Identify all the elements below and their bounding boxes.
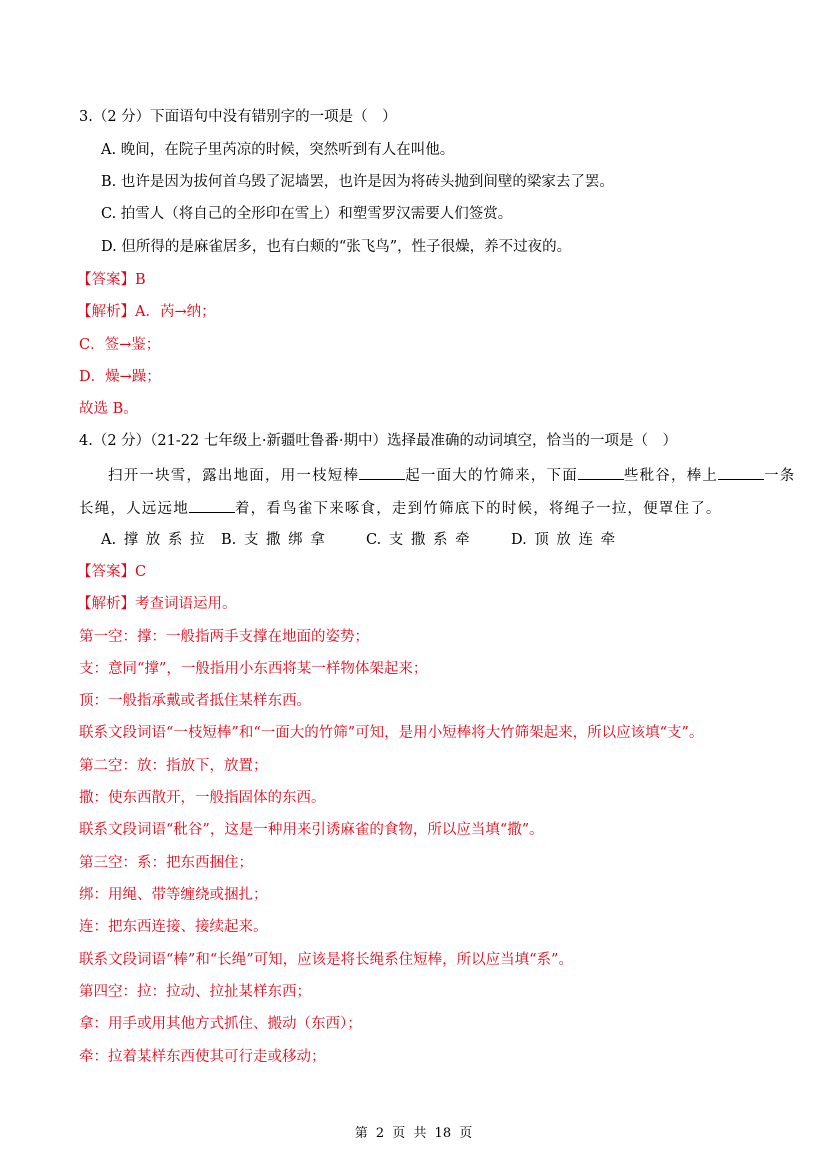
passage-text: 长绳，人远远地 — [79, 501, 189, 517]
question-4-analysis-line: 支：意同“撑”，一般指用小东西将某一样物体架起来； — [79, 659, 427, 679]
question-3-option-a: A. 晚间，在院子里芮凉的时候，突然听到有人在叫他。 — [101, 140, 454, 160]
option-text: 顶 放 连 牵 — [534, 530, 615, 550]
question-4-analysis-line: 第二空：放：指放下，放置； — [79, 756, 268, 776]
option-text: 支 撒 绑 拿 — [244, 530, 325, 550]
option-text: 拍雪人（将自己的全形印在雪上）和塑雪罗汉需要人们签赏。 — [121, 206, 513, 222]
question-4-options: A. 撑 放 系 拉 B. 支 撒 绑 拿 C. 支 撒 系 牵 D. 顶 放 … — [101, 530, 615, 550]
question-4-answer: 【答案】C — [77, 562, 146, 582]
question-3-option-d: D. 但所得的是麻雀居多，也有白颊的“张飞鸟”，性子很燥，养不过夜的。 — [101, 237, 571, 257]
fill-blank-2 — [578, 465, 624, 480]
question-4-passage-line-2: 长绳，人远远地着，看鸟雀下来啄食，走到竹筛底下的时候，将绳子一拉，便罩住了。 — [79, 498, 722, 519]
option-label: D. — [511, 530, 527, 550]
option-label: A. — [101, 530, 116, 550]
option-text: 撑 放 系 拉 — [124, 530, 205, 550]
question-3-analysis-line: 【解析】A．芮→纳； — [77, 302, 216, 322]
question-4-option-d: D. 顶 放 连 牵 — [511, 530, 615, 550]
option-text: 也许是因为拔何首乌毁了泥墙罢，也许是因为将砖头抛到间壁的梁家去了罢。 — [121, 174, 614, 190]
page-indicator: 第 2 页 共 18 页 — [0, 1122, 827, 1141]
option-label: A. — [101, 142, 116, 158]
question-3-answer: 【答案】B — [77, 270, 146, 290]
passage-text: 一条 — [764, 468, 795, 484]
option-label: B. — [221, 530, 236, 550]
question-4-analysis-line: 第一空：撑：一般指两手支撑在地面的姿势； — [79, 627, 369, 647]
question-4-analysis-line: 拿：用手或用其他方式抓住、搬动（东西）； — [79, 1014, 362, 1034]
document-page: 3.（2 分）下面语句中没有错别字的一项是（ ） A. 晚间，在院子里芮凉的时候… — [0, 0, 827, 1169]
question-4-analysis-line: 第三空：系：把东西捆住； — [79, 853, 253, 873]
question-4-analysis-line: 撒：使东西散开，一般指固体的东西。 — [79, 788, 326, 808]
option-label: B. — [101, 174, 116, 190]
option-label: C. — [101, 206, 116, 222]
question-3-analysis-line: 故选 B。 — [79, 399, 138, 419]
question-4-option-b: B. 支 撒 绑 拿 — [221, 530, 366, 550]
passage-text: 起一面大的竹筛来，下面 — [405, 468, 578, 484]
option-text: 支 撒 系 牵 — [389, 530, 470, 550]
question-4-option-c: C. 支 撒 系 牵 — [366, 530, 511, 550]
passage-text: 些秕谷，棒上 — [624, 468, 718, 484]
question-4-option-a: A. 撑 放 系 拉 — [101, 530, 221, 550]
question-4-analysis-line: 联系文段词语“棒”和“长绳”可知，应该是将长绳系住短棒，所以应当填“系”。 — [79, 950, 573, 970]
passage-text: 扫开一块雪，露出地面，用一枝短棒 — [108, 468, 359, 484]
question-4-analysis-line: 【解析】考查词语运用。 — [77, 594, 237, 614]
question-4-stem: 4.（2 分）（21-22 七年级上·新疆吐鲁番·期中）选择最准确的动词填空，恰… — [79, 431, 677, 451]
question-4-analysis-line: 顶：一般指承戴或者抵住某样东西。 — [79, 691, 311, 711]
question-4-analysis-line: 联系文段词语“一枝短棒”和“一面大的竹筛”可知，是用小短棒将大竹筛架起来，所以应… — [79, 723, 703, 743]
option-label: D. — [101, 239, 117, 255]
option-text: 但所得的是麻雀居多，也有白颊的“张飞鸟”，性子很燥，养不过夜的。 — [121, 239, 571, 255]
question-3-stem: 3.（2 分）下面语句中没有错别字的一项是（ ） — [79, 107, 397, 127]
option-label: C. — [366, 530, 381, 550]
fill-blank-3 — [718, 465, 764, 480]
question-3-analysis-line: C．签→鉴； — [79, 335, 160, 355]
question-4-passage-line-1: 扫开一块雪，露出地面，用一枝短棒起一面大的竹筛来，下面些秕谷，棒上一条 — [108, 465, 796, 486]
question-3-option-b: B. 也许是因为拔何首乌毁了泥墙罢，也许是因为将砖头抛到间壁的梁家去了罢。 — [101, 172, 614, 192]
question-4-analysis-line: 牵：拉着某样东西使其可行走或移动； — [79, 1047, 326, 1067]
fill-blank-1 — [359, 465, 405, 480]
fill-blank-4 — [189, 498, 235, 513]
question-4-analysis-line: 第四空：拉：拉动、拉扯某样东西； — [79, 982, 311, 1002]
passage-text: 着，看鸟雀下来啄食，走到竹筛底下的时候，将绳子一拉，便罩住了。 — [235, 501, 722, 517]
question-3-analysis-line: D．燥→躁； — [79, 367, 161, 387]
question-4-analysis-line: 绑：用绳、带等缠绕或捆扎； — [79, 885, 268, 905]
question-3-option-c: C. 拍雪人（将自己的全形印在雪上）和塑雪罗汉需要人们签赏。 — [101, 204, 512, 224]
option-text: 晚间，在院子里芮凉的时候，突然听到有人在叫他。 — [121, 142, 455, 158]
question-4-analysis-line: 联系文段词语“秕谷”，这是一种用来引诱麻雀的食物，所以应当填“撒”。 — [79, 820, 544, 840]
question-4-analysis-line: 连：把东西连接、接续起来。 — [79, 917, 268, 937]
